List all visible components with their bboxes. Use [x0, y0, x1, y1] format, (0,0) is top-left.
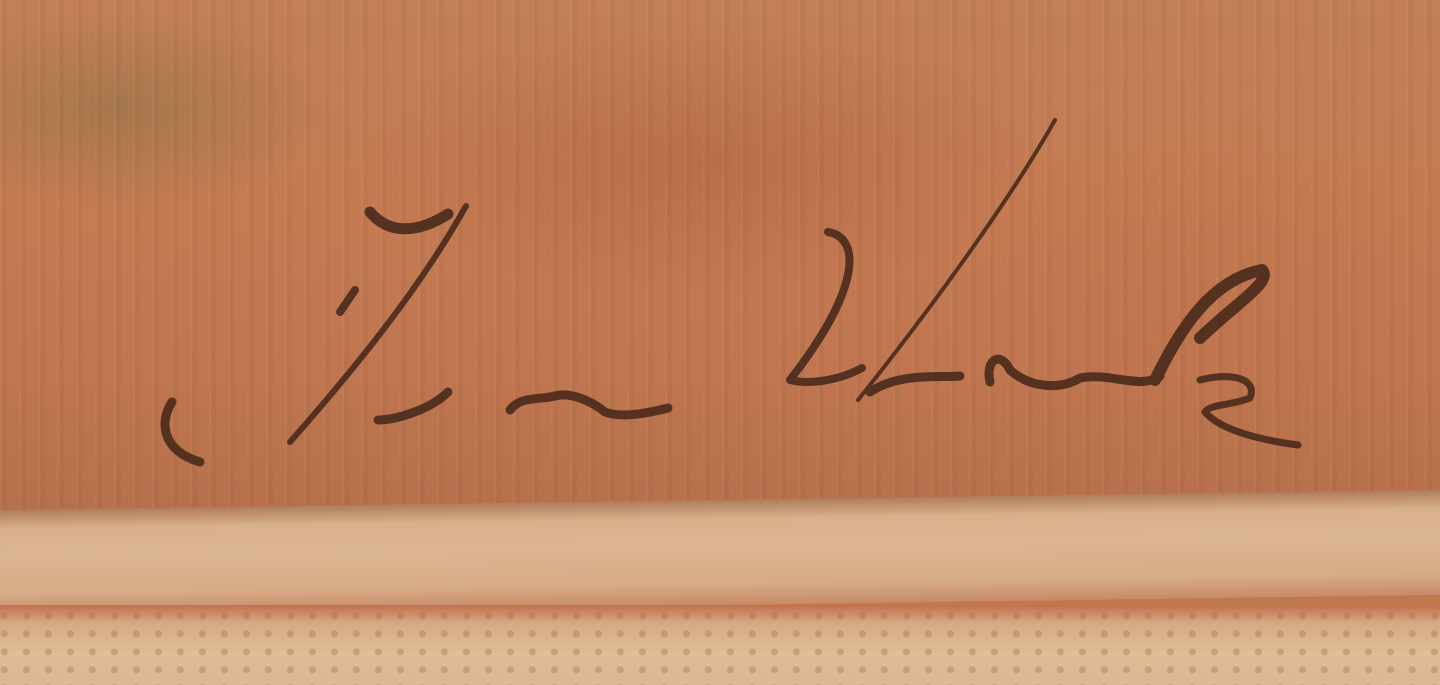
signature	[0, 0, 1440, 685]
